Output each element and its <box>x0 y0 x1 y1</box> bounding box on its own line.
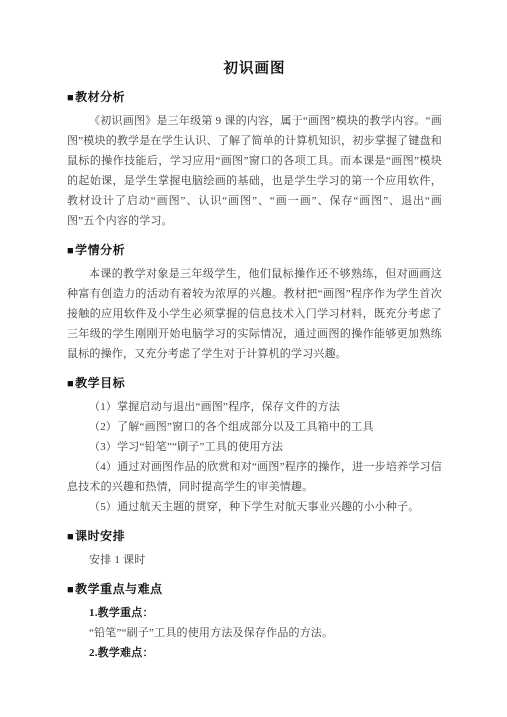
key-point-label: 1.教学重点： <box>67 603 442 623</box>
square-bullet-icon: ■ <box>67 92 74 104</box>
objective-item-3: （3）学习“铅笔”“刷子”工具的使用方法 <box>67 437 442 457</box>
document-page: 初识画图 ■教材分析 《初识画图》是三年级第 9 课的内容，属于“画图”模块的教… <box>0 0 507 717</box>
objective-item-4: （4）通过对画图作品的欣赏和对“画图”程序的操作，进一步培养学习信息技术的兴趣和… <box>67 457 442 497</box>
objective-item-5: （5）通过航天主题的贯穿，种下学生对航天事业兴趣的小小种子。 <box>67 497 442 517</box>
section-heading-label: 教学重点与难点 <box>75 582 163 596</box>
section-lesson-schedule: ■课时安排 安排 1 课时 <box>67 529 442 570</box>
key-point-content: “铅笔”“刷子”工具的使用方法及保存作品的方法。 <box>67 623 442 643</box>
square-bullet-icon: ■ <box>67 245 74 257</box>
document-title: 初识画图 <box>67 60 442 78</box>
difficult-point-label: 2.教学难点： <box>67 643 442 663</box>
section-heading-label: 学情分析 <box>75 243 125 257</box>
paragraph: 本课的教学对象是三年级学生，他们鼠标操作还不够熟练，但对画画这种富有创造力的活动… <box>67 264 442 364</box>
paragraph: 安排 1 课时 <box>67 550 442 570</box>
section-heading-label: 教材分析 <box>75 90 125 104</box>
objective-item-1: （1）掌握启动与退出“画图”程序，保存文件的方法 <box>67 397 442 417</box>
square-bullet-icon: ■ <box>67 584 74 596</box>
section-heading-label: 教学目标 <box>75 376 125 390</box>
square-bullet-icon: ■ <box>67 378 74 390</box>
section-key-difficult-points: ■教学重点与难点 1.教学重点： “铅笔”“刷子”工具的使用方法及保存作品的方法… <box>67 582 442 663</box>
section-heading: ■课时安排 <box>67 529 442 545</box>
paragraph: 《初识画图》是三年级第 9 课的内容，属于“画图”模块的教学内容。“画图”模块的… <box>67 111 442 231</box>
square-bullet-icon: ■ <box>67 531 74 543</box>
section-heading: ■教学目标 <box>67 376 442 392</box>
section-learner-analysis: ■学情分析 本课的教学对象是三年级学生，他们鼠标操作还不够熟练，但对画画这种富有… <box>67 243 442 364</box>
objective-item-2: （2）了解“画图”窗口的各个组成部分以及工具箱中的工具 <box>67 417 442 437</box>
section-heading: ■教材分析 <box>67 90 442 106</box>
section-teaching-objectives: ■教学目标 （1）掌握启动与退出“画图”程序，保存文件的方法 （2）了解“画图”… <box>67 376 442 517</box>
section-textbook-analysis: ■教材分析 《初识画图》是三年级第 9 课的内容，属于“画图”模块的教学内容。“… <box>67 90 442 231</box>
section-heading-label: 课时安排 <box>75 529 125 543</box>
section-heading: ■学情分析 <box>67 243 442 259</box>
section-heading: ■教学重点与难点 <box>67 582 442 598</box>
